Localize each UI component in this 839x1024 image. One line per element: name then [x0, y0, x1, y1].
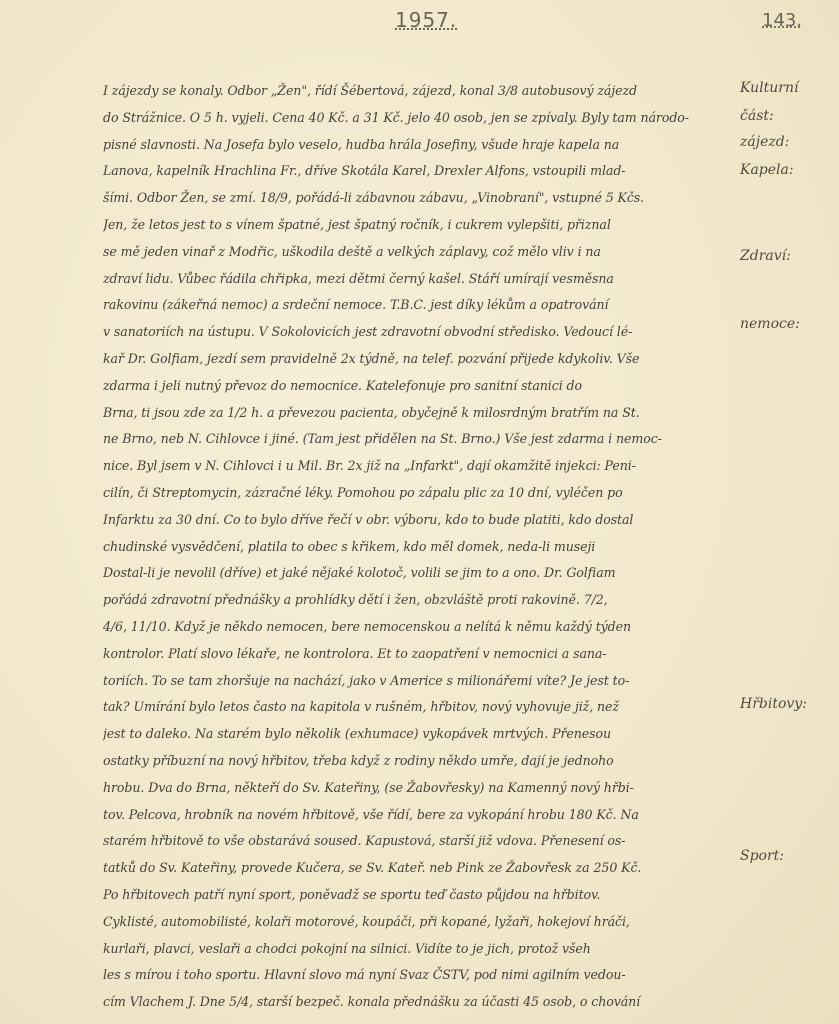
text-line: rakovinu (zákeřná nemoc) a srdeční nemoc…: [103, 292, 733, 319]
handwritten-body: I zájezdy se konaly. Odbor „Žen", řídí Š…: [103, 78, 733, 1016]
text-line: zdraví lidu. Vůbec řádila chřipka, mezi …: [103, 266, 733, 293]
text-line: kurlaři, plavci, veslaři a chodci pokojn…: [103, 936, 733, 963]
text-line: ostatky příbuzní na nový hřbitov, třeba …: [103, 748, 733, 775]
margin-note-cast: část:: [740, 108, 774, 124]
margin-note-sport: Sport:: [740, 848, 784, 864]
text-line: Jen, že letos jest to s vínem špatné, je…: [103, 212, 733, 239]
text-line: Po hřbitovech patří nyní sport, poněvadž…: [103, 882, 733, 909]
page-number: 143.: [762, 10, 802, 31]
margin-note-nemoce: nemoce:: [740, 316, 800, 332]
text-line: tak? Umírání bylo letos často na kapitol…: [103, 694, 733, 721]
text-line: cím Vlachem J. Dne 5/4, starší bezpeč. k…: [103, 989, 733, 1016]
margin-note-kapela: Kapela:: [740, 162, 794, 178]
text-line: tatků do Sv. Kateřiny, provede Kučera, s…: [103, 855, 733, 882]
text-line: tov. Pelcova, hrobník na novém hřbitově,…: [103, 802, 733, 829]
text-line: do Strážnice. O 5 h. vyjeli. Cena 40 Kč.…: [103, 105, 733, 132]
text-line: pisné slavnosti. Na Josefa bylo veselo, …: [103, 132, 733, 159]
text-line: jest to daleko. Na starém bylo několik (…: [103, 721, 733, 748]
margin-note-zdravi: Zdraví:: [740, 248, 791, 264]
text-line: Infarktu za 30 dní. Co to bylo dříve řeč…: [103, 507, 733, 534]
text-line: v sanatoriích na ústupu. V Sokolovicích …: [103, 319, 733, 346]
text-line: Cyklisté, automobilisté, kolaři motorové…: [103, 909, 733, 936]
text-line: zdarma i jeli nutný převoz do nemocnice.…: [103, 373, 733, 400]
margin-note-kulturni: Kulturní: [740, 80, 798, 96]
text-line: cilín, či Streptomycin, zázračné léky. P…: [103, 480, 733, 507]
text-line: Brna, ti jsou zde za 1/2 h. a převezou p…: [103, 400, 733, 427]
text-line: se mě jeden vinař z Modřic, uškodila deš…: [103, 239, 733, 266]
text-line: 4/6, 11/10. Když je někdo nemocen, bere …: [103, 614, 733, 641]
text-line: Dostal-li je nevolil (dříve) et jaké něj…: [103, 560, 733, 587]
text-line: šími. Odbor Žen, se zmí. 18/9, pořádá-li…: [103, 185, 733, 212]
text-line: les s mírou i toho sportu. Hlavní slovo …: [103, 962, 733, 989]
margin-note-zajezd: zájezd:: [740, 134, 789, 150]
margin-note-hrbitovy: Hřbitovy:: [740, 696, 807, 712]
text-line: kař Dr. Golfiam, jezdí sem pravidelně 2x…: [103, 346, 733, 373]
text-line: ne Brno, neb N. Cihlovce i jiné. (Tam je…: [103, 426, 733, 453]
text-line: hrobu. Dva do Brna, někteří do Sv. Kateř…: [103, 775, 733, 802]
text-line: nice. Byl jsem v N. Cihlovci i u Mil. Br…: [103, 453, 733, 480]
text-line: kontrolor. Platí slovo lékaře, ne kontro…: [103, 641, 733, 668]
text-line: Lanova, kapelník Hrachlina Fr., dříve Sk…: [103, 158, 733, 185]
chronicle-page: 1957. 143. I zájezdy se konaly. Odbor „Ž…: [0, 0, 839, 1024]
text-line: starém hřbitově to vše obstarává soused.…: [103, 828, 733, 855]
text-line: toriích. To se tam zhoršuje na nachází, …: [103, 668, 733, 695]
page-year: 1957.: [395, 8, 457, 32]
text-line: pořádá zdravotní přednášky a prohlídky d…: [103, 587, 733, 614]
text-line: I zájezdy se konaly. Odbor „Žen", řídí Š…: [103, 78, 733, 105]
text-line: chudinské vysvědčení, platila to obec s …: [103, 534, 733, 561]
